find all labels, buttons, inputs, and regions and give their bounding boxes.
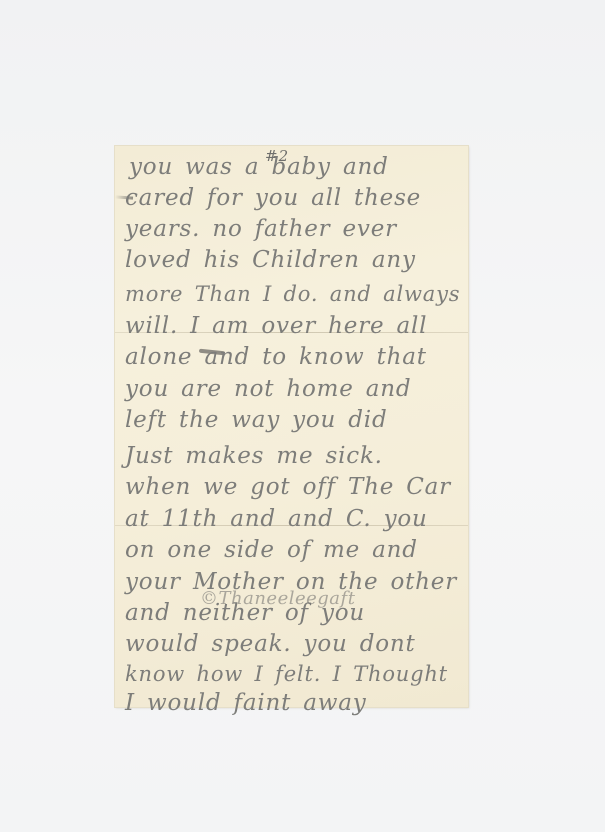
text-line: at 11th and and C. you	[125, 508, 428, 531]
text-line: more Than I do. and always	[125, 284, 460, 305]
text-line: when we got off The Car	[125, 476, 451, 499]
text-line: cared for you all these	[125, 187, 421, 210]
text-line: would speak. you dont	[125, 633, 416, 656]
text-line: left the way you did	[125, 409, 387, 432]
handwritten-text: you was a baby and cared for you all the…	[115, 146, 468, 707]
text-line: Just makes me sick.	[125, 445, 383, 468]
text-line: you was a baby and	[129, 156, 389, 179]
letter-page: #2 you was a baby and cared for you all …	[115, 146, 468, 707]
text-line: on one side of me and	[125, 539, 418, 562]
text-line: years. no father ever	[125, 218, 397, 241]
copyright-watermark: ©Thaneeleegaft	[200, 588, 355, 609]
text-line: you are not home and	[125, 378, 411, 401]
text-line: will. I am over here all	[125, 315, 427, 338]
text-line: alone and to know that	[125, 346, 427, 369]
text-line: loved his Children any	[125, 249, 416, 272]
text-line: I would faint away	[125, 692, 367, 715]
text-line: know how I felt. I Thought	[125, 664, 448, 685]
